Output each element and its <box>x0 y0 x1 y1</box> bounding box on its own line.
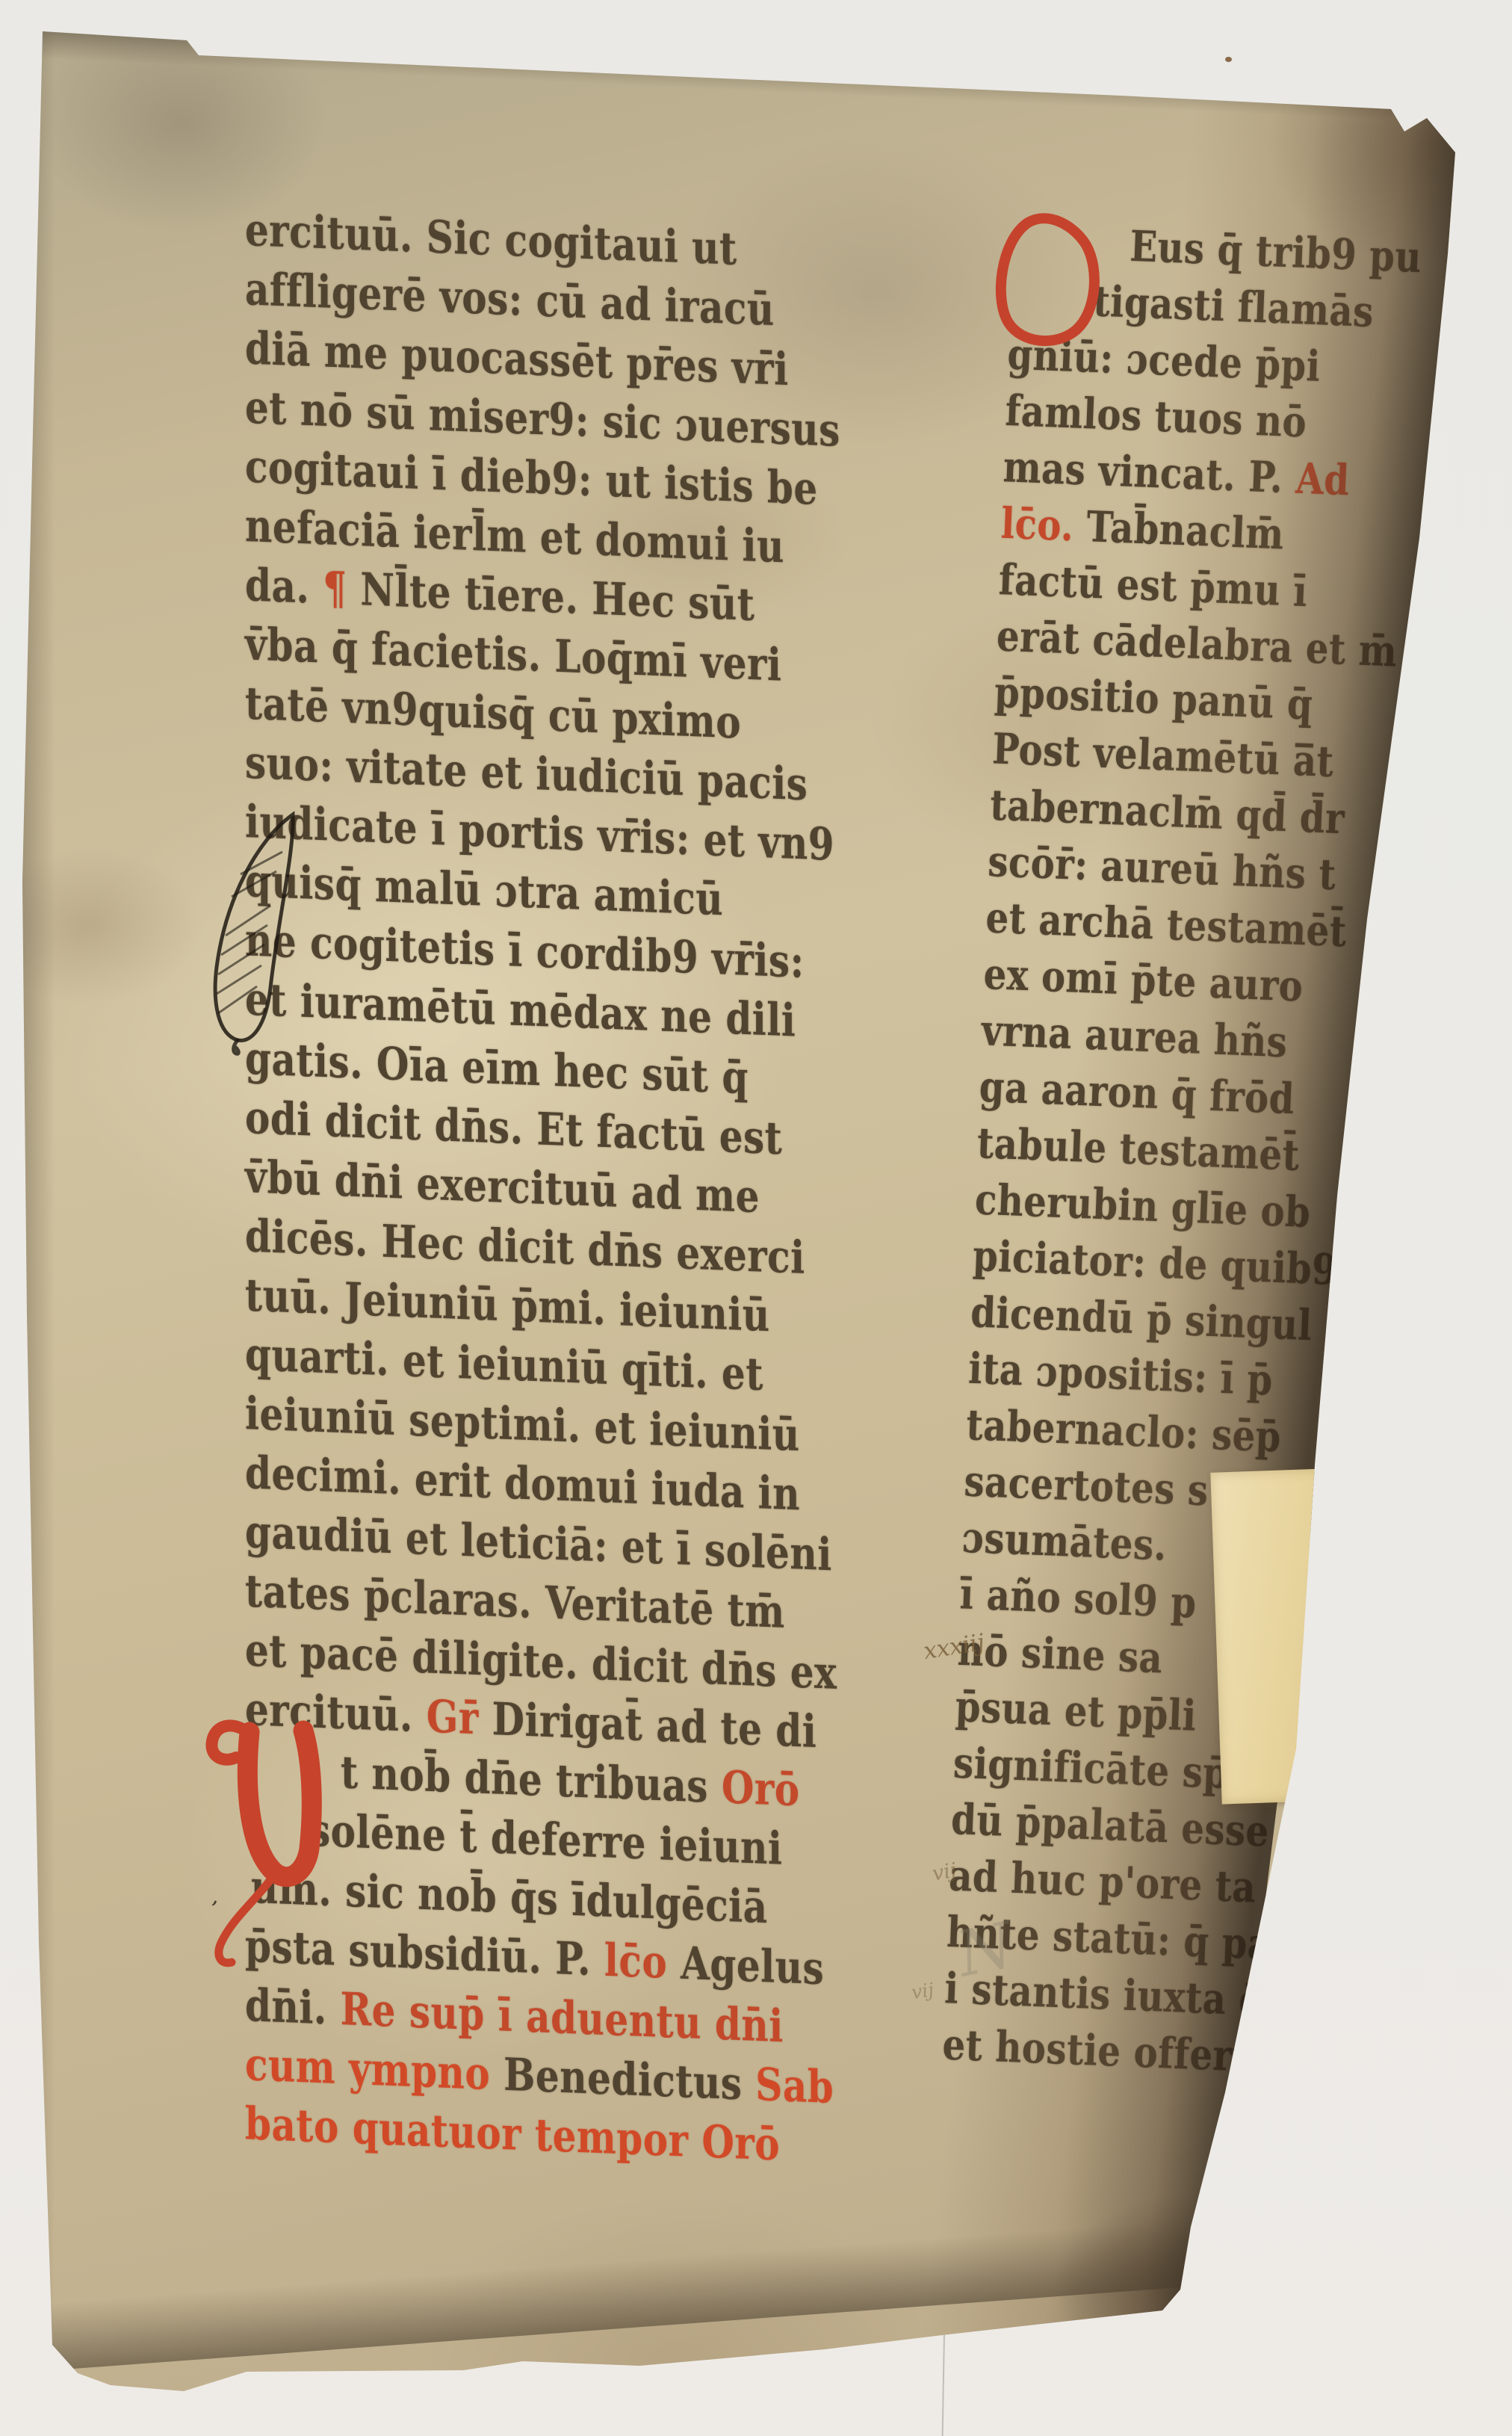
ink-text: et hostie offerūt̄ <box>941 2021 1276 2083</box>
ink-text: sacertotes s <box>963 1457 1209 1516</box>
text-column-right: Eus q̄ trib9 putigasti flamāsgniū: ɔcede… <box>941 214 1506 2092</box>
ink-text: Benedictus <box>504 2047 755 2110</box>
marginal-vij-mark-2: vij <box>910 1979 935 2003</box>
ink-text: significāte sp̄u <box>952 1739 1256 1800</box>
rubric-text: Orō <box>701 2115 780 2171</box>
rubric-text: lc̄o <box>604 1933 681 1989</box>
leaf-bottom-edge-shadow <box>46 2195 1215 2370</box>
ink-text: mas vincat. P. <box>1003 442 1297 503</box>
ink-text: ɔsumātes. <box>961 1513 1168 1571</box>
ink-text: piciator: de quib9 <box>972 1231 1338 1295</box>
ink-text: tabernaclo: sēp̄ <box>965 1400 1282 1462</box>
rubric-text: Sab <box>755 2058 834 2114</box>
rubricated-initial-d: D <box>985 208 1119 357</box>
ink-text: dn̄i. <box>245 1979 341 2035</box>
ink-text: Post velamētū a̅t <box>991 724 1334 787</box>
ink-text: ex omī p̄te auro <box>983 950 1304 1012</box>
ink-text: ita ɔpositis: ī p̄ <box>967 1344 1274 1406</box>
ink-text: dicendū p̄ singul <box>970 1287 1313 1350</box>
ink-text: famlos tuos nō <box>1005 386 1308 448</box>
ink-text: da. <box>245 558 323 614</box>
marginal-vij-mark-1: vij <box>931 1858 958 1885</box>
ink-text: Tab̄naclm̄ <box>1085 502 1285 559</box>
ink-text: tabule testamēt̄ <box>976 1119 1301 1181</box>
ink-text: ad huc p'ore ta <box>948 1851 1257 1912</box>
ink-text: tabernaclm̄ qd̄ d̄r <box>989 781 1345 844</box>
ink-text: p̄positio panū q̄ <box>994 668 1313 730</box>
repair-patch <box>1210 1468 1338 1804</box>
ink-text: Agelus <box>681 1936 824 1994</box>
ink-text: nō sine sa <box>957 1626 1164 1684</box>
ink-text: p̄sua et pp̄li <box>955 1682 1197 1741</box>
ink-text: ī año sol9 p <box>959 1569 1197 1627</box>
ink-text: tigasti flamās <box>1092 277 1375 338</box>
rubric-text: Gr̄ <box>427 1690 492 1745</box>
ink-text: Eus q̄ trib9 pu <box>1129 222 1422 282</box>
leaf-left-edge-shadow <box>16 30 64 2376</box>
ink-text: et archā testamēt̄ <box>985 894 1347 957</box>
parchment-leaf: ercituū. Sic cogitaui utaffligerē vos: c… <box>0 0 1512 2436</box>
rubric-text: cum ympno <box>245 2038 504 2100</box>
photograph-of-manuscript-leaf: { "document": { "kind_label": "manuscrip… <box>0 0 1512 2436</box>
marginal-pen-doodle <box>173 809 312 1063</box>
backdrop-speck <box>1225 57 1232 62</box>
rubricated-initial-u: V <box>203 1705 375 1982</box>
rubric-text: lc̄o. <box>1000 499 1088 551</box>
rubric-text: Orō <box>722 1760 800 1817</box>
ink-text: factū est p̄mu ī <box>998 555 1308 616</box>
rubric-text: Ad <box>1295 454 1350 506</box>
ink-text: cherubin glīe ob <box>974 1175 1312 1238</box>
ink-text: ga aaron q̄ frōd <box>979 1063 1295 1125</box>
ink-text: Dirigat̄ ad te di <box>492 1692 817 1758</box>
ink-text: vrna aurea hñs <box>981 1006 1289 1067</box>
rubric-text: ¶ <box>323 561 360 616</box>
ink-text: t nob̄ dn̄e tribuas <box>341 1746 722 1814</box>
ink-text: scōr̄: aureū hñs t <box>987 837 1336 900</box>
leaf-top-edge-shadow <box>28 22 1470 135</box>
